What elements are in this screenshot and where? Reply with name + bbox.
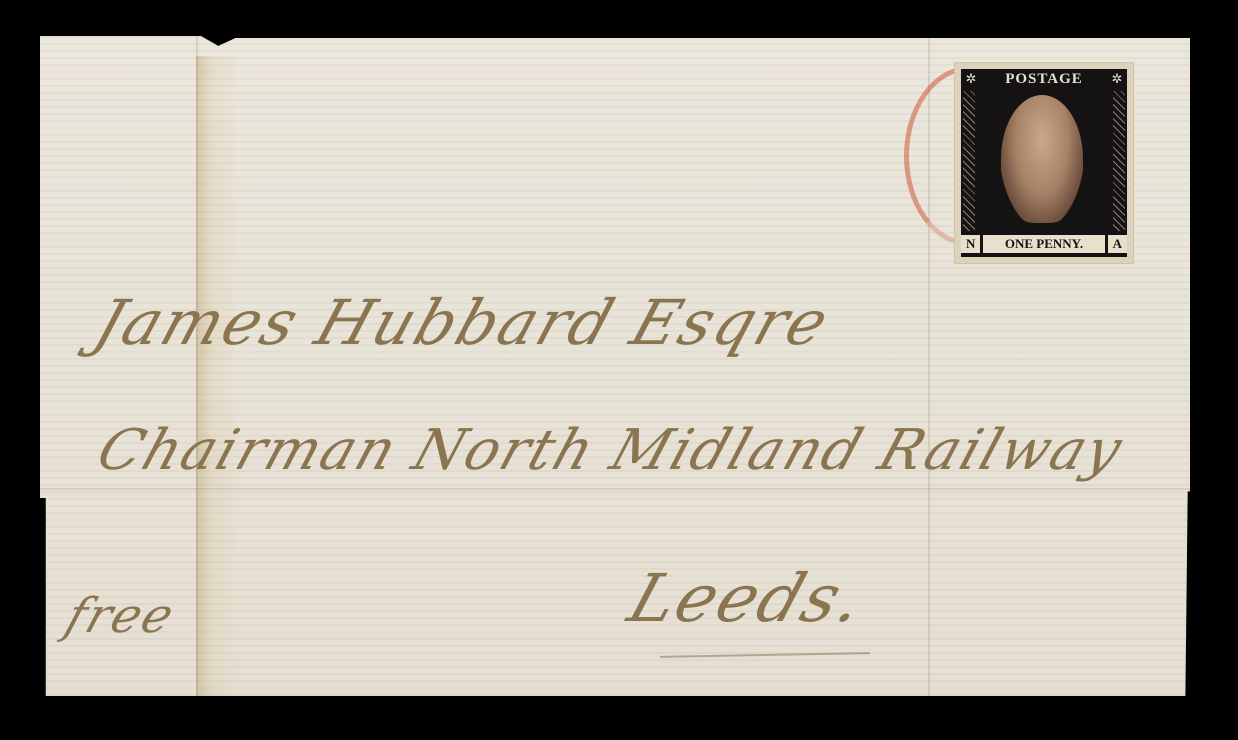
stamp-side-ornament	[963, 91, 975, 231]
address-line-3: Leeds.	[619, 560, 875, 637]
stamp-corner-letter-right: A	[1108, 235, 1127, 253]
stamp-design: ✲ ✲ POSTAGE N ONE PENNY. A	[961, 69, 1127, 257]
fold-line	[196, 36, 198, 696]
stamp-corner-letter-left: N	[961, 235, 980, 253]
address-line-2: Chairman North Midland Railway	[89, 418, 1131, 483]
stamp-value: ONE PENNY.	[983, 235, 1104, 253]
fold-line	[40, 488, 1190, 490]
stamp-value-row: N ONE PENNY. A	[961, 233, 1127, 255]
address-line-1: James Hubbard Esqre	[86, 286, 839, 359]
fold-stain	[196, 56, 234, 696]
penny-black-stamp: ✲ ✲ POSTAGE N ONE PENNY. A	[954, 62, 1134, 264]
stamp-side-ornament	[1113, 91, 1125, 231]
folded-letter: ✲ ✲ POSTAGE N ONE PENNY. A James Hubbard…	[40, 36, 1190, 696]
free-frank-note: free	[59, 588, 183, 644]
stamp-postage-label: POSTAGE	[961, 71, 1127, 88]
ink-underline	[660, 652, 870, 658]
queen-portrait	[1001, 95, 1083, 223]
